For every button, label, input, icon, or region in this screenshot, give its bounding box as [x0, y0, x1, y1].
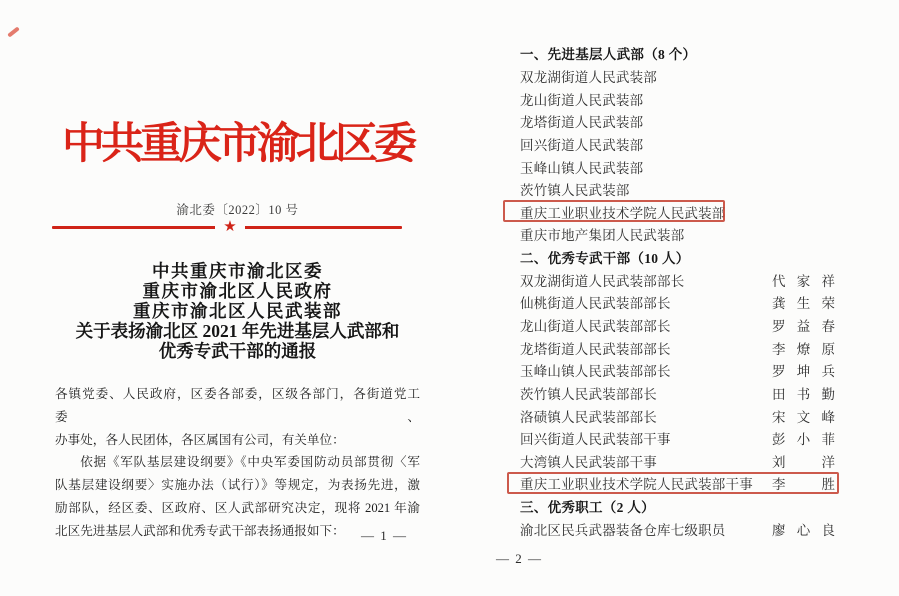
list-item-highlighted: 重庆工业职业技术学院人民武装部干事 李胜 — [520, 472, 835, 495]
document-title: 中共重庆市渝北区委 重庆市渝北区人民政府 重庆市渝北区人民武装部 关于表扬渝北区… — [55, 261, 420, 361]
unit-name: 双龙湖街道人民武装部部长 — [520, 270, 684, 290]
person-name: 代家祥 — [772, 270, 835, 290]
document-title-line: 重庆市渝北区人民政府 — [55, 281, 420, 301]
list-item: 双龙湖街道人民武装部部长 代家祥 — [520, 268, 835, 291]
unit-name: 玉峰山镇人民武装部 — [520, 157, 643, 177]
person-name: 罗益春 — [772, 315, 835, 335]
list-item: 茨竹镇人民武装部 — [520, 178, 835, 201]
unit-name: 回兴街道人民武装部 — [520, 134, 643, 154]
list-item: 回兴街道人民武装部干事 彭小菲 — [520, 427, 835, 450]
unit-name: 茨竹镇人民武装部部长 — [520, 383, 657, 403]
body-line: 依据《军队基层建设纲要》《中央军委国防动员部贯彻〈军 — [55, 451, 420, 474]
unit-name: 重庆市地产集团人民武装部 — [520, 224, 684, 244]
body-line: 队基层建设纲要〉实施办法（试行）》等规定，为表扬先进，激 — [55, 474, 420, 497]
document-title-line: 重庆市渝北区人民武装部 — [55, 301, 420, 321]
list-item: 龙山街道人民武装部 — [520, 87, 835, 110]
person-name: 李燎原 — [772, 338, 835, 358]
person-name: 龚生荣 — [772, 292, 835, 312]
unit-name: 大湾镇人民武装部干事 — [520, 451, 657, 471]
person-name: 廖心良 — [772, 519, 835, 539]
section-heading-text: 三、优秀职工（2 人） — [520, 496, 655, 516]
person-name: 刘洋 — [772, 451, 835, 471]
unit-name: 回兴街道人民武装部干事 — [520, 428, 671, 448]
list-item: 仙桃街道人民武装部部长 龚生荣 — [520, 291, 835, 314]
scanned-document: { "page1": { "letterhead": "中共重庆市渝北区委", … — [0, 0, 899, 596]
person-name: 彭小菲 — [772, 428, 835, 448]
section-heading-text: 一、先进基层人武部（8 个） — [520, 43, 696, 63]
list-item: 茨竹镇人民武装部部长 田书勤 — [520, 382, 835, 405]
unit-name: 重庆工业职业技术学院人民武装部干事 — [520, 473, 753, 493]
list-item: 龙塔街道人民武装部部长 李燎原 — [520, 336, 835, 359]
document-number: 渝北委〔2022〕10 号 — [55, 200, 420, 218]
red-pen-mark — [7, 26, 20, 37]
list-item-highlighted: 重庆工业职业技术学院人民武装部 — [520, 200, 835, 223]
body-text: 各镇党委、人民政府，区委各部委，区级各部门，各街道党工委、 办事处，各人民团体，… — [55, 383, 420, 543]
person-name: 罗坤兵 — [772, 360, 835, 380]
page-number-2: — 2 — — [496, 551, 543, 567]
list-item: 玉峰山镇人民武装部 — [520, 155, 835, 178]
unit-name: 茨竹镇人民武装部 — [520, 179, 630, 199]
document-title-line: 关于表扬渝北区 2021 年先进基层人武部和 — [55, 321, 420, 341]
section-1-heading: 一、先进基层人武部（8 个） — [520, 42, 835, 65]
person-name: 宋文峰 — [772, 406, 835, 426]
unit-name: 龙塔街道人民武装部 — [520, 111, 643, 131]
list-item: 洛碛镇人民武装部部长 宋文峰 — [520, 404, 835, 427]
list-item: 龙塔街道人民武装部 — [520, 110, 835, 133]
list-item: 双龙湖街道人民武装部 — [520, 65, 835, 88]
body-line: 励部队，经区委、区政府、区人武部研究决定，现将 2021 年渝 — [55, 497, 420, 520]
unit-name: 龙山街道人民武装部 — [520, 89, 643, 109]
person-name: 李胜 — [772, 473, 835, 493]
unit-name: 龙山街道人民武装部部长 — [520, 315, 671, 335]
unit-name: 渝北区民兵武器装备仓库七级职员 — [520, 519, 726, 539]
page-number-1: — 1 — — [361, 528, 408, 544]
list-item: 回兴街道人民武装部 — [520, 133, 835, 156]
section-heading-text: 二、优秀专武干部（10 人） — [520, 247, 690, 267]
star-icon: ★ — [215, 219, 245, 235]
list-item: 龙山街道人民武装部部长 罗益春 — [520, 314, 835, 337]
document-title-line: 优秀专武干部的通报 — [55, 341, 420, 361]
section-2-heading: 二、优秀专武干部（10 人） — [520, 246, 835, 269]
section-3-heading: 三、优秀职工（2 人） — [520, 495, 835, 518]
unit-name: 双龙湖街道人民武装部 — [520, 66, 657, 86]
unit-name: 龙塔街道人民武装部部长 — [520, 338, 671, 358]
unit-name: 重庆工业职业技术学院人民武装部 — [520, 202, 726, 222]
body-line: 办事处，各人民团体，各区属国有公司，有关单位： — [55, 429, 420, 452]
document-title-line: 中共重庆市渝北区委 — [55, 261, 420, 281]
person-name: 田书勤 — [772, 383, 835, 403]
unit-name: 洛碛镇人民武装部部长 — [520, 406, 657, 426]
list-item: 玉峰山镇人民武装部部长 罗坤兵 — [520, 359, 835, 382]
unit-name: 仙桃街道人民武装部部长 — [520, 292, 671, 312]
letterhead-title: 中共重庆市渝北区委 — [55, 118, 420, 172]
page-1: 中共重庆市渝北区委 渝北委〔2022〕10 号 ★ 中共重庆市渝北区委 重庆市渝… — [55, 0, 420, 596]
list-item: 渝北区民兵武器装备仓库七级职员 廖心良 — [520, 517, 835, 540]
list-item: 重庆市地产集团人民武装部 — [520, 223, 835, 246]
list-item: 大湾镇人民武装部干事 刘洋 — [520, 450, 835, 473]
page-2: 一、先进基层人武部（8 个） 双龙湖街道人民武装部 龙山街道人民武装部 龙塔街道… — [520, 42, 835, 540]
body-line: 各镇党委、人民政府，区委各部委，区级各部门，各街道党工委、 — [55, 383, 420, 429]
unit-name: 玉峰山镇人民武装部部长 — [520, 360, 671, 380]
